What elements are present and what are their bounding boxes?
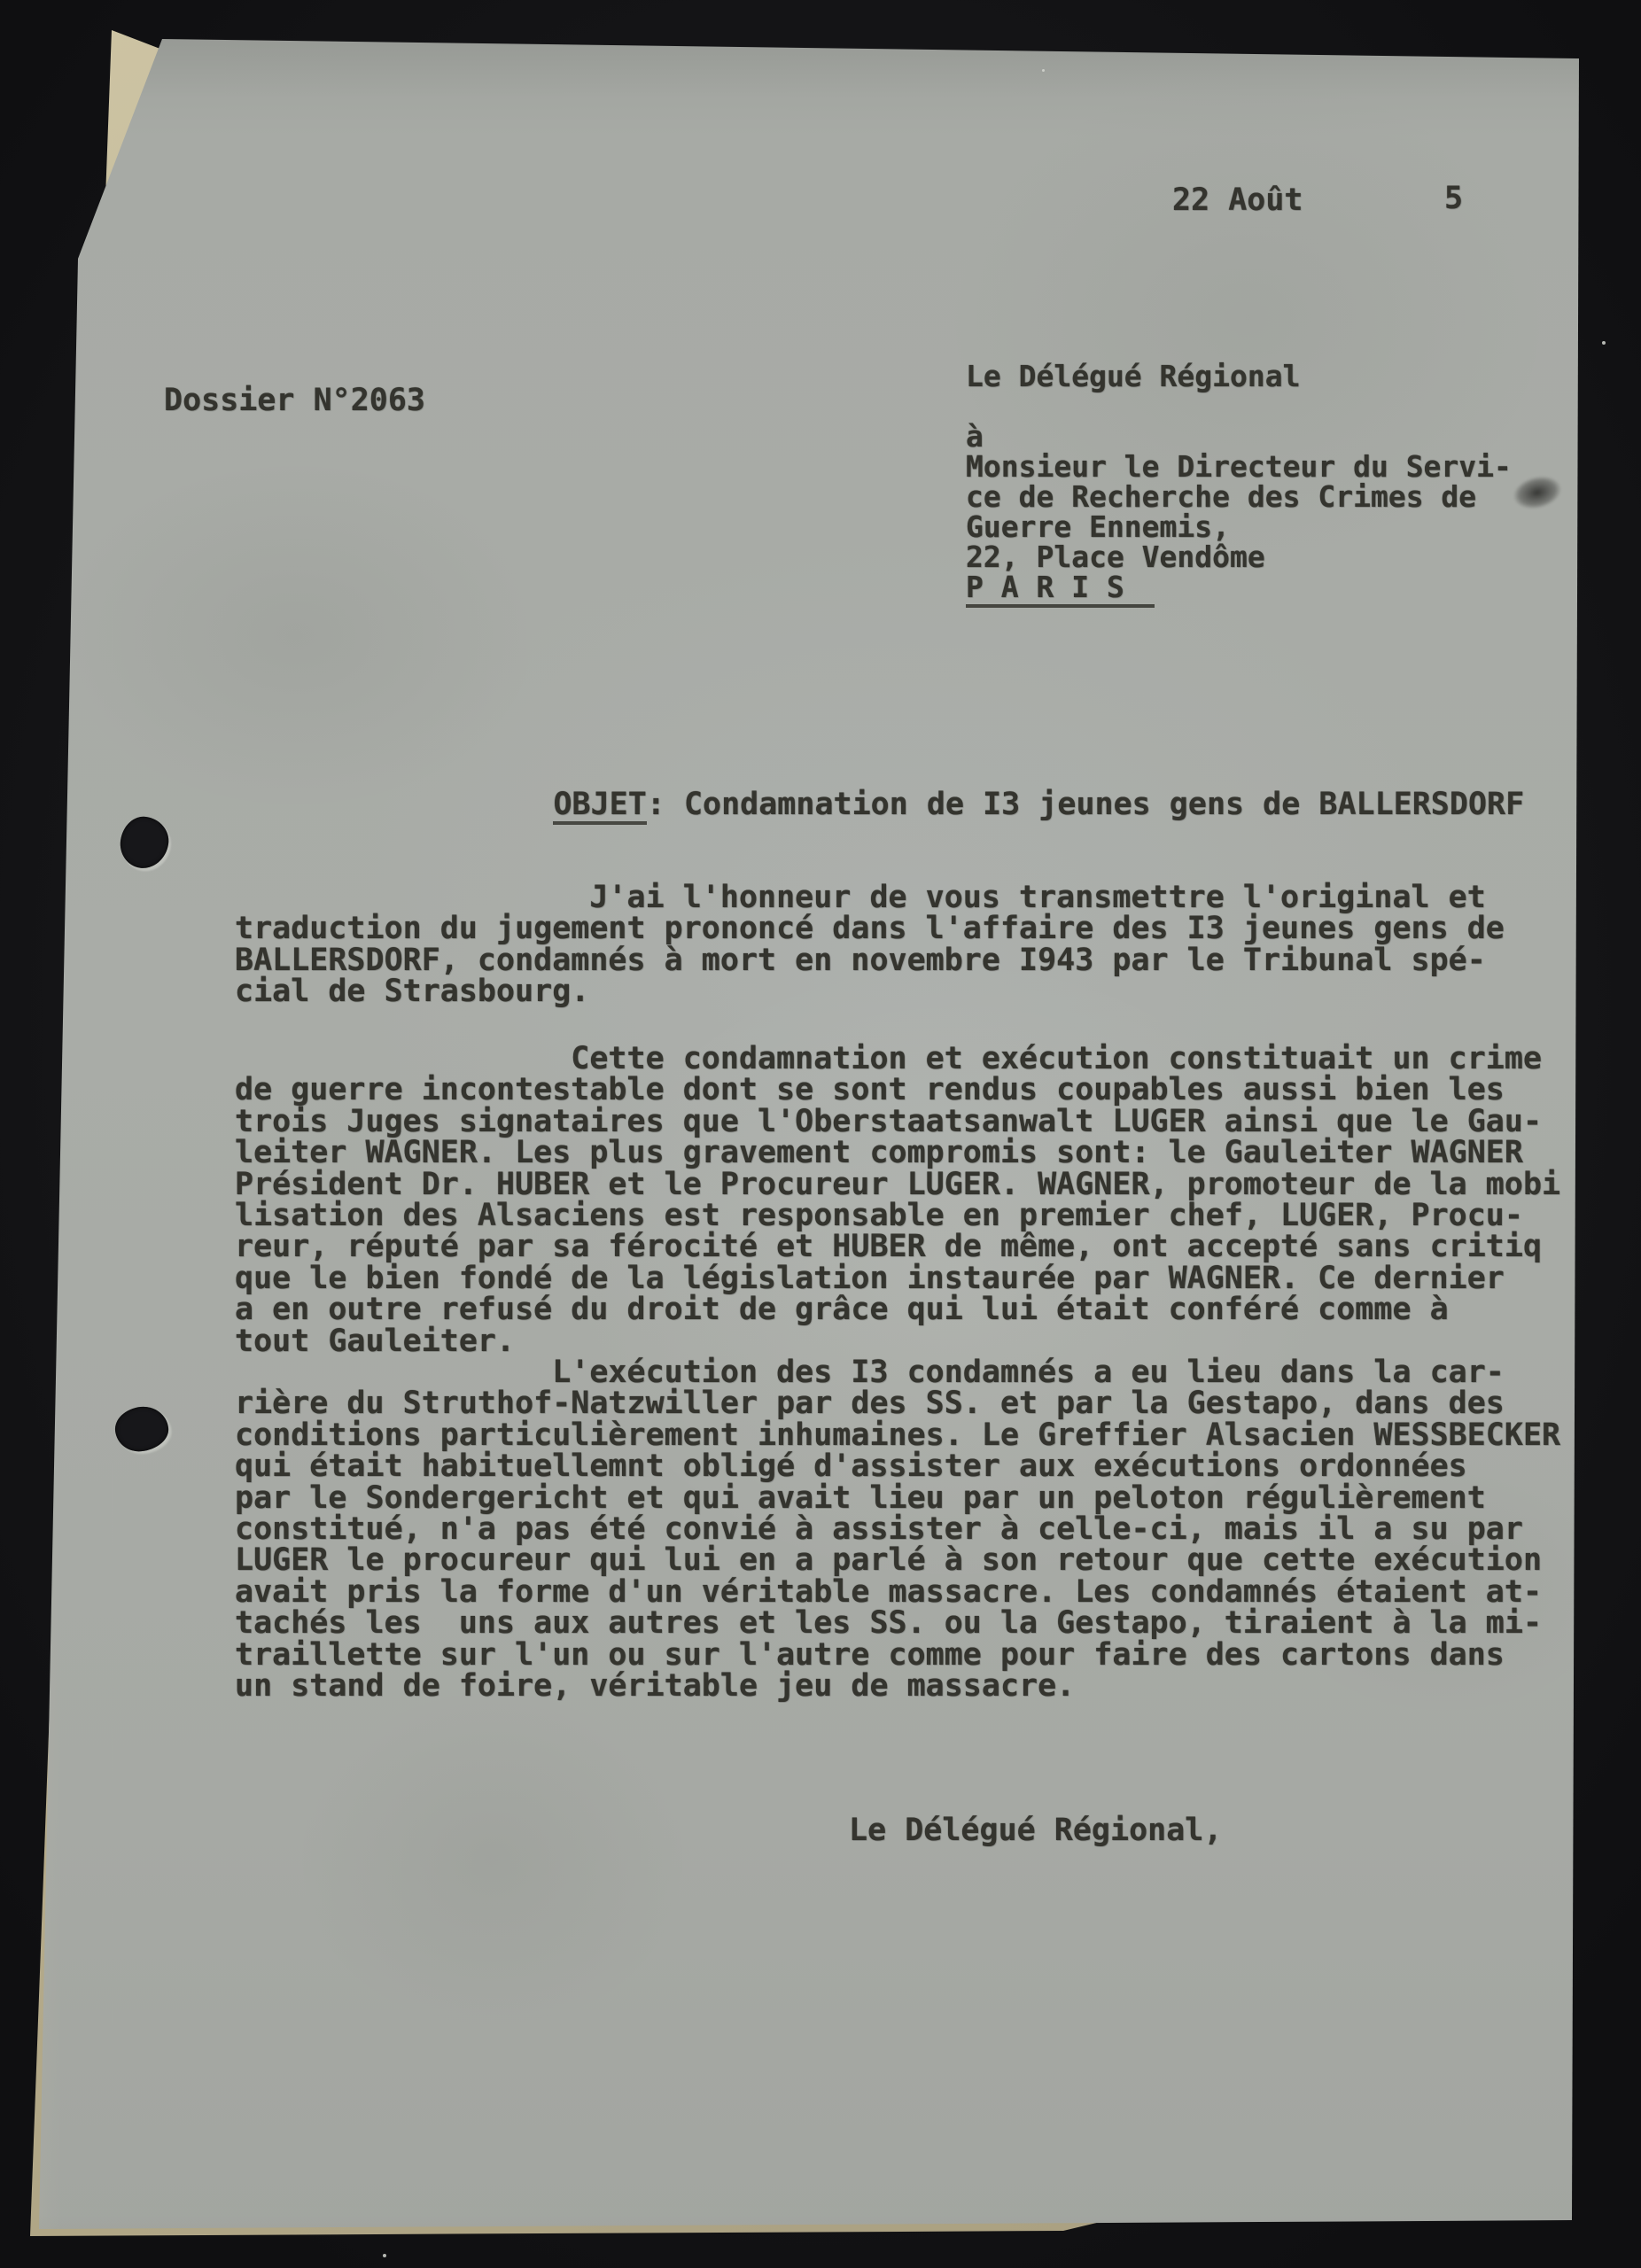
text-line: constitué, n'a pas été convié à assister… [235, 1514, 1560, 1545]
punch-hole-bottom [113, 1404, 171, 1454]
page-number: 5 [1444, 183, 1463, 214]
dust-speck [1042, 69, 1045, 72]
text-line: Cette condamnation et exécution constitu… [235, 1044, 1560, 1075]
text-line: par le Sondergericht et qui avait lieu p… [235, 1483, 1560, 1514]
text-line: que le bien fondé de la législation inst… [235, 1263, 1560, 1294]
date-line: 22 Août [1172, 184, 1303, 216]
dust-speck [383, 2254, 386, 2257]
text-line: a en outre refusé du droit de grâce qui … [235, 1294, 1560, 1325]
text-line: LUGER le procureur qui lui en a parlé à … [235, 1545, 1560, 1576]
paragraph-3: L'exécution des I3 condamnés a eu lieu d… [235, 1357, 1560, 1702]
text-line: tachés les uns aux autres et les SS. ou … [235, 1608, 1560, 1639]
text-line: trois Juges signataires que l'Oberstaats… [235, 1107, 1560, 1138]
punch-hole-top [117, 814, 172, 872]
text-line: Guerre Ennemis, [966, 512, 1512, 542]
text-line: reur, réputé par sa férocité et HUBER de… [235, 1231, 1560, 1262]
scan-backdrop: 22 Août 5 Dossier N°2063 Le Délégué Régi… [0, 0, 1641, 2268]
text-line: leiter WAGNER. Les plus gravement compro… [235, 1138, 1560, 1169]
text-line: avait pris la forme d'un véritable massa… [235, 1577, 1560, 1608]
text-line: BALLERSDORF, condamnés à mort en novembr… [235, 945, 1505, 976]
text-line: Président Dr. HUBER et le Procureur LUGE… [235, 1169, 1560, 1200]
text-line: Monsieur le Directeur du Servi- [966, 452, 1512, 482]
text-line: qui était habituellemnt obligé d'assiste… [235, 1451, 1560, 1482]
paragraph-2: Cette condamnation et exécution constitu… [235, 1044, 1560, 1357]
text-line [966, 392, 1512, 422]
text-line: J'ai l'honneur de vous transmettre l'ori… [235, 882, 1505, 913]
text-line: un stand de foire, véritable jeu de mass… [235, 1671, 1560, 1702]
subject-line: OBJET: Condamnation de I3 jeunes gens de… [441, 757, 1524, 857]
text-line: tout Gauleiter. [235, 1326, 1560, 1357]
text-line: lisation des Alsaciens est responsable e… [235, 1200, 1560, 1231]
dossier-reference: Dossier N°2063 [164, 384, 425, 416]
text-line: 22, Place Vendôme [966, 542, 1512, 572]
text-line: à [966, 422, 1512, 452]
subject-text: : Condamnation de I3 jeunes gens de BALL… [647, 787, 1524, 822]
text-line: conditions particulièrement inhumaines. … [235, 1420, 1560, 1451]
paragraph-1: J'ai l'honneur de vous transmettre l'ori… [235, 882, 1505, 1008]
address-city: P A R I S [966, 572, 1512, 608]
document-page: 22 Août 5 Dossier N°2063 Le Délégué Régi… [0, 0, 1641, 2268]
text-line: ce de Recherche des Crimes de [966, 482, 1512, 512]
dust-speck [1602, 341, 1606, 345]
text-line: de guerre incontestable dont se sont ren… [235, 1075, 1560, 1106]
subject-label: OBJET [553, 788, 646, 825]
text-line: L'exécution des I3 condamnés a eu lieu d… [235, 1357, 1560, 1388]
text-line: traillette sur l'un ou sur l'autre comme… [235, 1640, 1560, 1671]
text-line: cial de Strasbourg. [235, 976, 1505, 1007]
text-line: traduction du jugement prononcé dans l'a… [235, 913, 1505, 944]
address-block: Le Délégué Régional àMonsieur le Directe… [966, 361, 1512, 608]
text-line: rière du Struthof-Natzwiller par des SS.… [235, 1388, 1560, 1419]
city-underlined: P A R I S [966, 572, 1155, 608]
text-line: Le Délégué Régional [966, 361, 1512, 392]
address-lines: Le Délégué Régional àMonsieur le Directe… [966, 361, 1512, 572]
closing-signature: Le Délégué Régional, [849, 1814, 1222, 1846]
